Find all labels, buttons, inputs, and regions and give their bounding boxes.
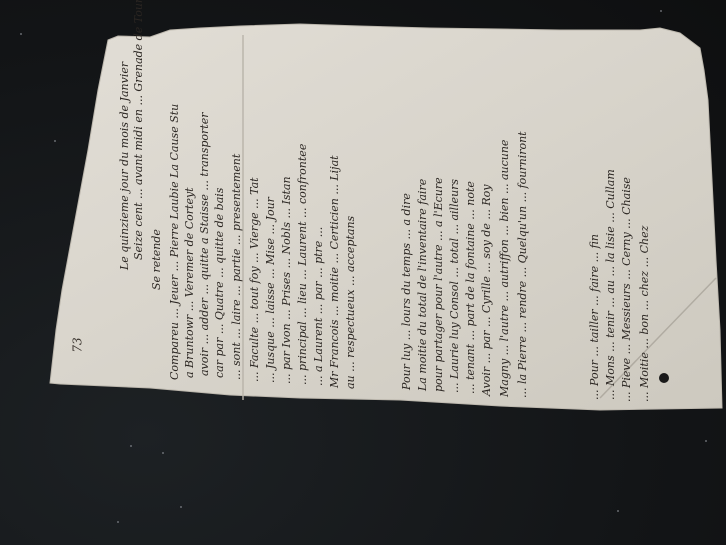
svg-text:pour partager pour l'autre ...: pour partager pour l'autre ... a l'Ecure [432, 177, 445, 392]
svg-text:... Moitie ... bon ... chez ..: ... Moitie ... bon ... chez ... Chez [638, 225, 651, 402]
svg-text:... par Ivon ... Prises ... No: ... par Ivon ... Prises ... Nobls ... Is… [280, 176, 293, 384]
svg-text:avoir ... adder ... quitte a S: avoir ... adder ... quitte a Staisse ...… [198, 112, 211, 376]
svg-text:Mr Francois ... moitie ... Cer: Mr Francois ... moitie ... Certicien ...… [328, 155, 341, 389]
svg-text:Compareu ... Jeuer ... Pierre: Compareu ... Jeuer ... Pierre Laubie La … [168, 104, 181, 380]
svg-text:... Faculte ... tout foy ... V: ... Faculte ... tout foy ... Vierge ... … [248, 177, 261, 382]
svg-text:... sont ... laire ... partie: ... sont ... laire ... partie ... presen… [230, 153, 243, 380]
svg-text:car par ... Quatre ... quitte: car par ... Quatre ... quitte de bais [213, 187, 226, 378]
page-number: 73 [71, 337, 85, 352]
svg-text:Se retende: Se retende [150, 229, 163, 290]
svg-text:... Mons ... tenir ... au ...: ... Mons ... tenir ... au ... la lisie .… [604, 169, 617, 400]
svg-text:... tenant ... part de la font: ... tenant ... part de la fontaine ... n… [464, 181, 477, 394]
svg-text:Magny ... l'autre ... autriffo: Magny ... l'autre ... autriffon ... bien… [498, 139, 511, 398]
svg-text:... la Pierre ... rendre ... Q: ... la Pierre ... rendre ... Quelqu'un .… [516, 131, 529, 398]
svg-text:... principal ... lieu ... Lau: ... principal ... lieu ... Laurent ... c… [296, 143, 309, 385]
svg-text:... Jusque ... laisse ... Mise: ... Jusque ... laisse ... Mise ... Jour [264, 196, 277, 383]
svg-text:Pour luy ... lours du temps ..: Pour luy ... lours du temps ... a dire [400, 193, 413, 391]
svg-text:La moitie du total de l'invent: La moitie du total de l'inventaire faire [416, 178, 429, 392]
svg-text:a Bruntowr ... Veremer de Cort: a Bruntowr ... Veremer de Corteyt [183, 187, 196, 378]
manuscript-page: Le quinzieme jour du mois de Janvier Sei… [0, 0, 726, 545]
svg-text:Avoir ... par ... Cyrille ...: Avoir ... par ... Cyrille ... soy de ...… [480, 184, 493, 397]
svg-text:... Pour ... tailler ... faire: ... Pour ... tailler ... faire ... fin [588, 234, 601, 400]
svg-text:... Pieve ... Messieurs ... Ce: ... Pieve ... Messieurs ... Cerny ... Ch… [620, 177, 633, 402]
svg-text:... Laurie luy Consol ... tota: ... Laurie luy Consol ... total ... aill… [448, 179, 461, 393]
svg-text:Le quinzieme jour du mois de J: Le quinzieme jour du mois de Janvier [118, 61, 131, 271]
svg-text:au ... respectueux ... accepta: au ... respectueux ... acceptans [344, 215, 357, 389]
svg-text:Seize cent ... avant midi en .: Seize cent ... avant midi en ... Grenade… [132, 0, 145, 260]
svg-text:... a Laurent ... par ... ptre: ... a Laurent ... par ... ptre ... [312, 227, 325, 386]
